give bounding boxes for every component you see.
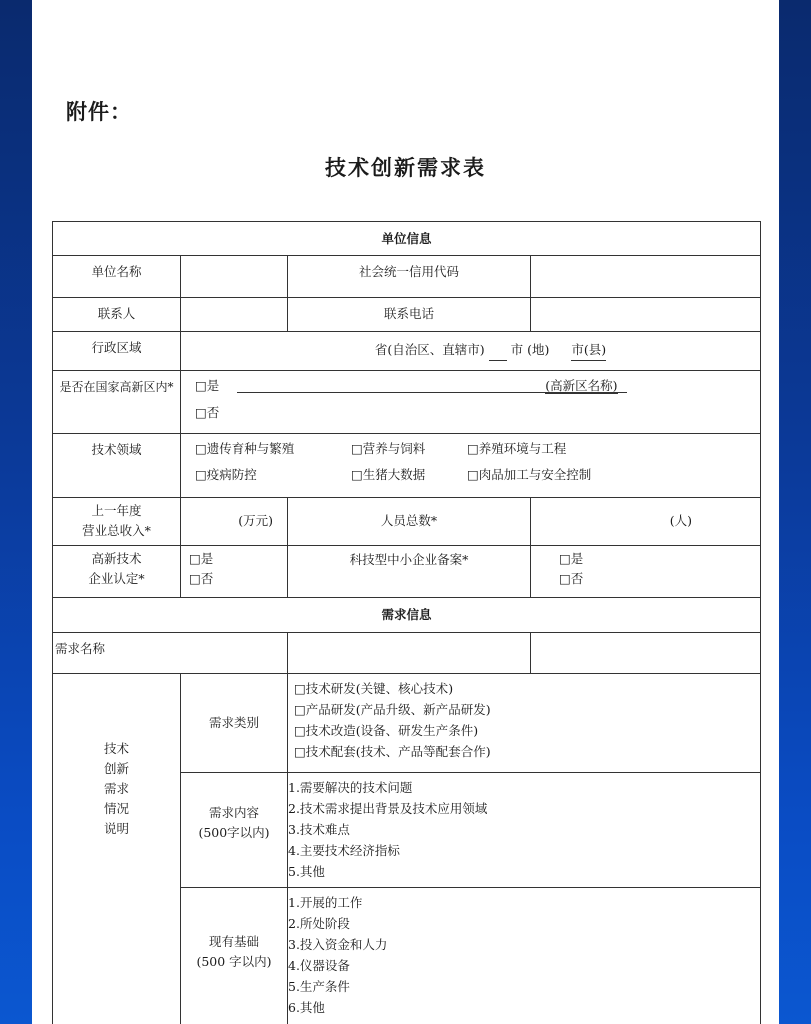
staff-label: 人员总数* (288, 498, 531, 546)
unit-name-label: 单位名称 (53, 256, 181, 298)
tech-field-environment-checkbox[interactable]: □养殖环境与工程 (467, 439, 566, 459)
basis-label-line2: (500 字以内) (181, 952, 287, 972)
group-label-line3: 需求 (53, 779, 180, 799)
document-title: 技术创新需求表 (32, 152, 779, 182)
basis-item: 2.所处阶段 (288, 913, 760, 934)
category-product-rd-checkbox[interactable]: □产品研发(产品升级、新产品研发) (294, 699, 754, 720)
group-label-line5: 说明 (53, 819, 180, 839)
revenue-label-line2: 营业总收入* (53, 521, 180, 541)
category-tech-support-checkbox[interactable]: □技术配套(技术、产品等配套合作) (294, 741, 754, 762)
group-label-line1: 技术 (53, 739, 180, 759)
attachment-label: 附件： (66, 96, 132, 126)
hitech-enterprise-label-line1: 高新技术 (53, 549, 180, 569)
basis-label: 现有基础 (500 字以内) (181, 888, 288, 1024)
basis-item: 3.投入资金和人力 (288, 934, 760, 955)
tech-field-meat-processing-checkbox[interactable]: □肉品加工与安全控制 (467, 465, 591, 485)
content-label-line1: 需求内容 (181, 803, 287, 823)
revenue-field[interactable]: (万元) (181, 498, 288, 546)
hitech-zone-label: 是否在国家高新区内* (53, 371, 181, 434)
revenue-unit: (万元) (238, 513, 273, 528)
phone-field[interactable] (531, 298, 761, 332)
contact-label: 联系人 (53, 298, 181, 332)
region-county-text: 市(县) (571, 340, 606, 361)
unit-name-field[interactable] (181, 256, 288, 298)
tech-field-options: □遗传育种与繁殖□营养与饲料□养殖环境与工程 □疫病防控□生猪大数据□肉品加工与… (181, 434, 761, 498)
content-item: 4.主要技术经济指标 (288, 840, 760, 861)
hitech-zone-yes-checkbox[interactable]: □是 (195, 376, 219, 396)
region-field[interactable]: 省(自治区、直辖市) 市 (地) 市(县) (181, 332, 761, 371)
category-tech-rd-checkbox[interactable]: □技术研发(关键、核心技术) (294, 678, 754, 699)
basis-label-line1: 现有基础 (181, 932, 287, 952)
hitech-enterprise-no-checkbox[interactable]: □否 (189, 569, 279, 589)
demand-name-extra-field[interactable] (531, 633, 761, 674)
demand-description-group-label: 技术 创新 需求 情况 说明 (53, 674, 181, 1024)
basis-item: 4.仪器设备 (288, 955, 760, 976)
revenue-label: 上一年度 营业总收入* (53, 498, 181, 546)
category-options: □技术研发(关键、核心技术) □产品研发(产品升级、新产品研发) □技术改造(设… (288, 674, 761, 773)
sme-yes-checkbox[interactable]: □是 (559, 549, 732, 569)
category-label: 需求类别 (181, 674, 288, 773)
basis-field[interactable]: 1.开展的工作 2.所处阶段 3.投入资金和人力 4.仪器设备 5.生产条件 6… (288, 888, 761, 1024)
tech-field-nutrition-checkbox[interactable]: □营养与饲料 (351, 439, 441, 459)
credit-code-label: 社会统一信用代码 (288, 256, 531, 298)
basis-item: 1.开展的工作 (288, 892, 760, 913)
credit-code-field[interactable] (531, 256, 761, 298)
content-item: 2.技术需求提出背景及技术应用领域 (288, 798, 760, 819)
phone-label: 联系电话 (288, 298, 531, 332)
tech-field-disease-checkbox[interactable]: □疫病防控 (195, 465, 325, 485)
hitech-zone-no-checkbox[interactable]: □否 (195, 403, 219, 423)
revenue-label-line1: 上一年度 (53, 501, 180, 521)
tech-field-breeding-checkbox[interactable]: □遗传育种与繁殖 (195, 439, 325, 459)
content-label: 需求内容 (500字以内) (181, 773, 288, 888)
region-city-blank[interactable] (489, 340, 507, 361)
demand-form-table: 单位信息 单位名称 社会统一信用代码 联系人 联系电话 行政区域 省(自治区、直… (52, 221, 761, 1024)
content-item: 3.技术难点 (288, 819, 760, 840)
staff-field[interactable]: (人) (531, 498, 761, 546)
hitech-zone-name-field[interactable] (237, 372, 627, 393)
region-city-text: 市 (地) (511, 342, 550, 357)
region-province-text: 省(自治区、直辖市) (375, 342, 485, 357)
document-page: 附件： 技术创新需求表 单位信息 单位名称 社会统一信用代码 联系人 联系电话 … (32, 0, 779, 1024)
staff-unit: (人) (670, 513, 692, 528)
content-field[interactable]: 1.需要解决的技术问题 2.技术需求提出背景及技术应用领域 3.技术难点 4.主… (288, 773, 761, 888)
region-label: 行政区域 (53, 332, 181, 371)
content-item: 5.其他 (288, 861, 760, 882)
basis-item: 6.其他 (288, 997, 760, 1018)
category-tech-upgrade-checkbox[interactable]: □技术改造(设备、研发生产条件) (294, 720, 754, 741)
section-demand-info: 需求信息 (53, 598, 761, 633)
hitech-enterprise-yes-checkbox[interactable]: □是 (189, 549, 279, 569)
tech-field-bigdata-checkbox[interactable]: □生猪大数据 (351, 465, 441, 485)
hitech-zone-options: □是 (高新区名称) □否 (181, 371, 761, 434)
contact-field[interactable] (181, 298, 288, 332)
content-item: 1.需要解决的技术问题 (288, 777, 760, 798)
sme-options: □是 □否 (531, 546, 761, 598)
demand-name-label: 需求名称 (53, 633, 288, 674)
basis-item: 5.生产条件 (288, 976, 760, 997)
content-label-line2: (500字以内) (181, 823, 287, 843)
sme-label: 科技型中小企业备案* (288, 546, 531, 598)
group-label-line2: 创新 (53, 759, 180, 779)
tech-field-label: 技术领域 (53, 434, 181, 498)
hitech-enterprise-label-line2: 企业认定* (53, 569, 180, 589)
group-label-line4: 情况 (53, 799, 180, 819)
sme-no-checkbox[interactable]: □否 (559, 569, 732, 589)
section-unit-info: 单位信息 (53, 222, 761, 256)
demand-name-field[interactable] (288, 633, 531, 674)
hitech-enterprise-options: □是 □否 (181, 546, 288, 598)
hitech-enterprise-label: 高新技术 企业认定* (53, 546, 181, 598)
